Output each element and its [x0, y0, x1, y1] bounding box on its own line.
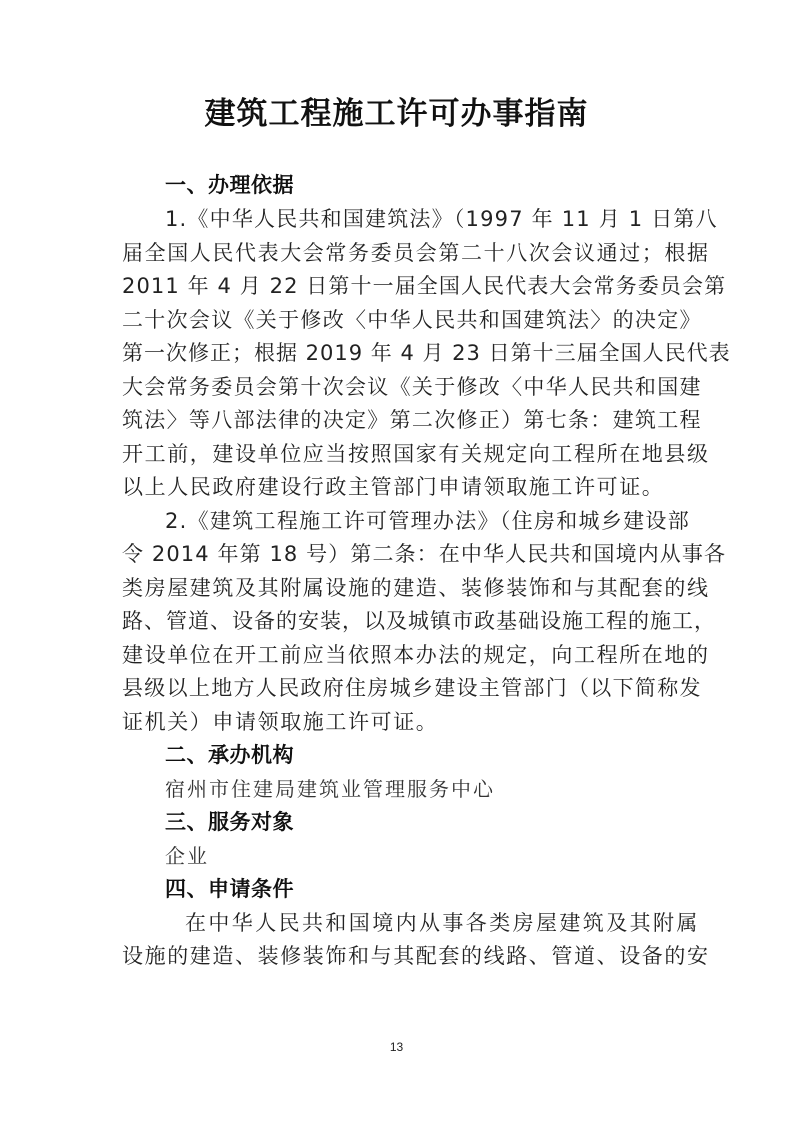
paragraph-line: 县级以上地方人民政府住房城乡建设主管部门（以下简称发: [122, 673, 682, 703]
paragraph-line: 2011 年 4 月 22 日第十一届全国人民代表大会常务委员会第: [122, 271, 682, 301]
paragraph-line: 大会常务委员会第十次会议《关于修改〈中华人民共和国建: [122, 372, 682, 402]
paragraph-line: 建设单位在开工前应当依照本办法的规定，向工程所在地的: [122, 640, 682, 670]
paragraph-line: 令 2014 年第 18 号）第二条：在中华人民共和国境内从事各: [122, 539, 682, 569]
section-heading-basis: 一、办理依据: [165, 170, 294, 200]
paragraph-line: 2.《建筑工程施工许可管理办法》（住房和城乡建设部: [165, 506, 725, 536]
document-page: 建筑工程施工许可办事指南 一、办理依据 1.《中华人民共和国建筑法》（1997 …: [0, 0, 793, 1122]
paragraph-line: 路、管道、设备的安装，以及城镇市政基础设施工程的施工，: [122, 606, 682, 636]
paragraph-line: 1.《中华人民共和国建筑法》（1997 年 11 月 1 日第八: [165, 204, 725, 234]
paragraph-line: 在中华人民共和国境内从事各类房屋建筑及其附属: [185, 908, 745, 938]
paragraph-line: 设施的建造、装修装饰和与其配套的线路、管道、设备的安: [122, 941, 682, 971]
section-heading-service-target: 三、服务对象: [165, 807, 294, 837]
agency-name: 宿州市住建局建筑业管理服务中心: [165, 774, 495, 804]
paragraph-line: 第一次修正；根据 2019 年 4 月 23 日第十三届全国人民代表: [122, 338, 682, 368]
page-number: 13: [0, 1040, 793, 1054]
paragraph-line: 证机关）申请领取施工许可证。: [122, 707, 682, 737]
paragraph-line: 类房屋建筑及其附属设施的建造、装修装饰和与其配套的线: [122, 573, 682, 603]
paragraph-line: 开工前，建设单位应当按照国家有关规定向工程所在地县级: [122, 439, 682, 469]
section-heading-conditions: 四、申请条件: [165, 874, 294, 904]
service-target: 企业: [165, 841, 209, 871]
document-title: 建筑工程施工许可办事指南: [0, 92, 793, 136]
paragraph-line: 届全国人民代表大会常务委员会第二十八次会议通过；根据: [122, 238, 682, 268]
section-heading-agency: 二、承办机构: [165, 740, 294, 770]
paragraph-line: 以上人民政府建设行政主管部门申请领取施工许可证。: [122, 472, 682, 502]
paragraph-line: 筑法〉等八部法律的决定》第二次修正）第七条：建筑工程: [122, 405, 682, 435]
paragraph-line: 二十次会议《关于修改〈中华人民共和国建筑法〉的决定》: [122, 305, 682, 335]
